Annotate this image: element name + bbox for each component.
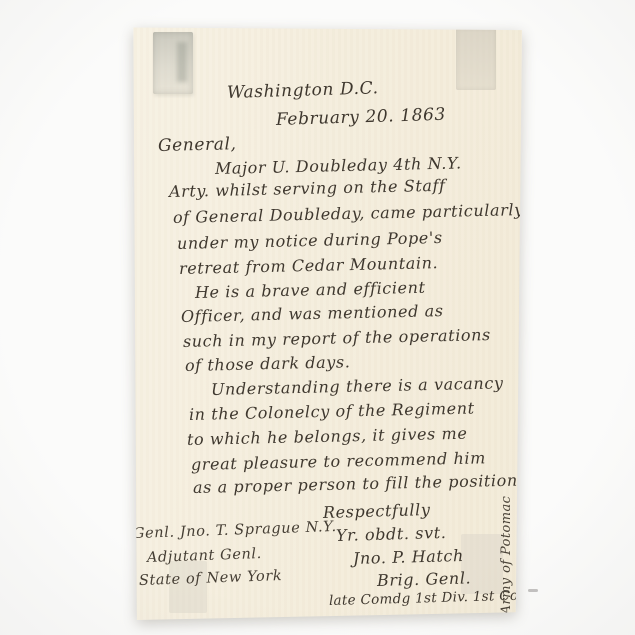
letter-closing-line: Respectfully bbox=[323, 500, 431, 522]
letter-salutation: General, bbox=[158, 134, 237, 156]
photo-stage: Washington D.C. February 20. 1863 Genera… bbox=[0, 0, 635, 635]
letter-body-line: under my notice during Pope's bbox=[177, 228, 443, 253]
recipient-state: State of New York bbox=[139, 568, 283, 589]
letter-paper-wrapper: Washington D.C. February 20. 1863 Genera… bbox=[131, 26, 522, 620]
tape-mark-top-left bbox=[153, 32, 193, 94]
signature-rank: Brig. Genl. bbox=[377, 568, 472, 590]
letter-body-line: of General Doubleday, came particularly bbox=[173, 200, 524, 227]
letter-date-line: February 20. 1863 bbox=[276, 105, 447, 130]
letter-place-line: Washington D.C. bbox=[227, 78, 379, 103]
letter-body-line: to which he belongs, it gives me bbox=[187, 424, 468, 449]
letter-body-line: Understanding there is a vacancy bbox=[211, 373, 504, 399]
letter-body-line: great pleasure to recommend him bbox=[191, 448, 486, 474]
letter-body-line: of those dark days. bbox=[185, 352, 351, 375]
tape-mark-top-right bbox=[456, 28, 496, 90]
letter-body-line: Arty. whilst serving on the Staff bbox=[169, 176, 446, 201]
side-annotation-army-of-potomac: Army of Potomac bbox=[499, 475, 519, 635]
letter-body-line: as a proper person to fill the position. bbox=[193, 471, 524, 497]
letter-body-line: in the Colonelcy of the Regiment bbox=[189, 399, 475, 424]
letter-closing-line: Yr. obdt. svt. bbox=[336, 523, 447, 545]
letter-paper: Washington D.C. February 20. 1863 Genera… bbox=[131, 26, 522, 620]
letter-body-line: He is a brave and efficient bbox=[195, 278, 426, 302]
signature-name: Jno. P. Hatch bbox=[353, 546, 464, 568]
letter-body-line: Officer, and was mentioned as bbox=[181, 301, 444, 326]
recipient-title: Adjutant Genl. bbox=[147, 546, 262, 566]
letter-body-line: Major U. Doubleday 4th N.Y. bbox=[215, 153, 462, 178]
letter-body-line: retreat from Cedar Mountain. bbox=[179, 253, 439, 278]
photo-artifact-dash bbox=[528, 589, 538, 592]
letter-body-line: such in my report of the operations bbox=[183, 325, 491, 351]
recipient-name: Genl. Jno. T. Sprague N.Y. bbox=[133, 519, 337, 542]
